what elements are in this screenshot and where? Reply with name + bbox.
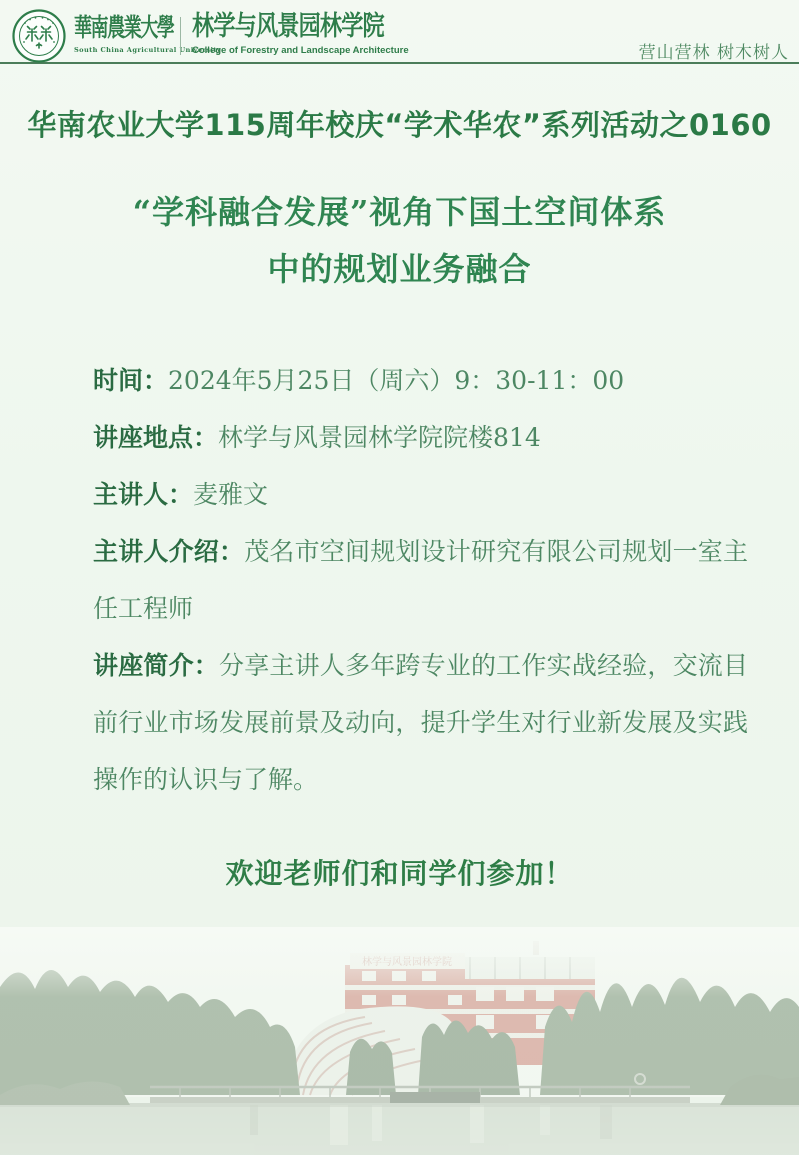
college-block: 林学与风景园林学院 College of Forestry and Landsc… bbox=[192, 12, 392, 56]
lecture-details: 时间：2024年5月25日（周六）9：30-11：00 讲座地点：林学与风景园林… bbox=[93, 352, 748, 808]
detail-location-value: 林学与风景园林学院院楼814 bbox=[218, 423, 541, 452]
detail-speaker-intro-label: 主讲人介绍： bbox=[93, 537, 244, 566]
motto-text: 营山营林 树木树人 bbox=[639, 38, 789, 63]
detail-location: 讲座地点：林学与风景园林学院院楼814 bbox=[93, 409, 748, 466]
detail-abstract: 讲座简介：分享主讲人多年跨专业的工作实战经验，交流目前行业市场发展前景及动向，提… bbox=[93, 637, 748, 808]
detail-speaker-label: 主讲人： bbox=[93, 480, 193, 509]
lecture-title-line1: “学科融合发展”视角下国土空间体系 bbox=[0, 184, 799, 241]
lake bbox=[0, 1103, 799, 1155]
university-block: 華南農業大學 South China Agricultural Universi… bbox=[74, 14, 178, 54]
detail-speaker-intro: 主讲人介绍：茂名市空间规划设计研究有限公司规划一室主任工程师 bbox=[93, 523, 748, 637]
detail-speaker-value: 麦雅文 bbox=[193, 480, 268, 509]
header: 華南農業大學 South China Agricultural Universi… bbox=[0, 0, 799, 64]
lecture-title: “学科融合发展”视角下国土空间体系 中的规划业务融合 bbox=[0, 184, 799, 298]
university-seal-icon bbox=[12, 9, 66, 63]
lecture-poster: 華南農業大學 South China Agricultural Universi… bbox=[0, 0, 799, 1155]
lecture-title-line2: 中的规划业务融合 bbox=[0, 241, 799, 298]
college-name: 林学与风景园林学院 bbox=[192, 12, 356, 42]
detail-location-label: 讲座地点： bbox=[93, 423, 218, 452]
series-title: 华南农业大学115周年校庆“学术华农”系列活动之0160 bbox=[0, 103, 799, 144]
detail-time-label: 时间： bbox=[93, 366, 168, 395]
college-name-en: College of Forestry and Landscape Archit… bbox=[192, 45, 392, 56]
detail-speaker: 主讲人：麦雅文 bbox=[93, 466, 748, 523]
detail-time: 时间：2024年5月25日（周六）9：30-11：00 bbox=[93, 352, 748, 409]
photo-fade bbox=[0, 927, 799, 997]
welcome-message: 欢迎老师们和同学们参加！ bbox=[0, 852, 799, 892]
campus-photo: 林学与风景园林学院 bbox=[0, 927, 799, 1155]
university-name: 華南農業大學 bbox=[74, 14, 149, 42]
header-divider bbox=[180, 17, 181, 55]
detail-time-value: 2024年5月25日（周六）9：30-11：00 bbox=[168, 366, 624, 395]
university-name-en: South China Agricultural University bbox=[74, 46, 178, 54]
detail-abstract-label: 讲座简介： bbox=[93, 651, 219, 680]
